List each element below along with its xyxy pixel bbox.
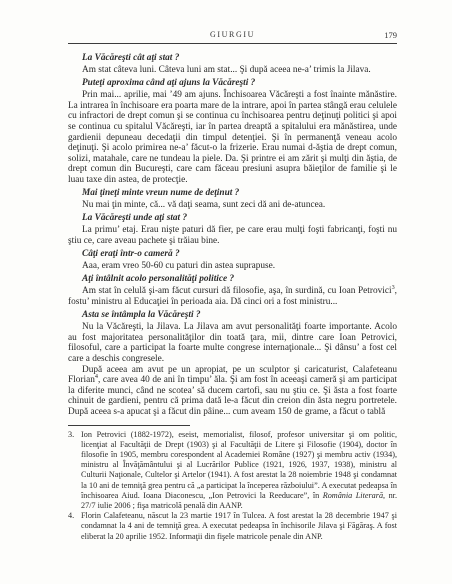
question-paragraph: La Văcăreşti cât aţi stat ?	[68, 53, 397, 64]
question-paragraph: Câţi eraţi într-o cameră ?	[68, 249, 397, 260]
footnotes: 3.Ion Petrovici (1882-1972), eseist, mem…	[68, 430, 397, 542]
footnote-ref: 3	[392, 284, 395, 291]
footnote-text: Florin Calafeteanu, născut la 23 martie …	[81, 511, 397, 542]
footnote-number: 3.	[68, 430, 81, 512]
footnote-separator	[68, 425, 190, 426]
running-header-title: GIURGIU	[68, 30, 397, 39]
answer-paragraph: Am stat câteva luni. Câteva luni am stat…	[68, 65, 397, 76]
question-paragraph: La Văcăreşti unde aţi stat ?	[68, 213, 397, 224]
book-page: GIURGIU 179 La Văcăreşti cât aţi stat ?A…	[0, 0, 452, 584]
running-header: GIURGIU 179	[68, 30, 397, 43]
header-rule	[68, 43, 397, 44]
italic-title: România Literară	[323, 491, 383, 500]
answer-paragraph: Prin mai... aprilie, mai ’49 am ajuns. Î…	[68, 90, 397, 185]
footnote-ref: 4	[95, 373, 98, 380]
answer-paragraph: La primu’ etaj. Erau nişte paturi dă fie…	[68, 225, 397, 246]
question-paragraph: Mai ţineţi minte vreun nume de deţinut ?	[68, 188, 397, 199]
answer-paragraph: După aceea am avut pe un apropiat, pe un…	[68, 365, 397, 418]
question-paragraph: Aţi întâlnit acolo personalităţi politic…	[68, 274, 397, 285]
page-number: 179	[384, 30, 397, 40]
footnote: 4.Florin Calafeteanu, născut la 23 marti…	[68, 511, 397, 542]
page-body: La Văcăreşti cât aţi stat ?Am stat câtev…	[68, 53, 397, 418]
answer-paragraph: Am stat în celulă şi-am făcut cursuri dă…	[68, 286, 397, 307]
footnote: 3.Ion Petrovici (1882-1972), eseist, mem…	[68, 430, 397, 512]
question-paragraph: Puteţi aproxima când aţi ajuns la Văcăre…	[68, 78, 397, 89]
footnote-number: 4.	[68, 511, 81, 542]
question-paragraph: Asta se întâmpla la Văcăreşti ?	[68, 310, 397, 321]
footnote-text: Ion Petrovici (1882-1972), eseist, memor…	[81, 430, 397, 512]
answer-paragraph: Aaa, eram vreo 50-60 cu paturi din astea…	[68, 261, 397, 272]
answer-paragraph: Nu mai ţin minte, că... vă daţi seama, s…	[68, 200, 397, 211]
answer-paragraph: Nu la Văcăreşti, la Jilava. La Jilava am…	[68, 322, 397, 364]
